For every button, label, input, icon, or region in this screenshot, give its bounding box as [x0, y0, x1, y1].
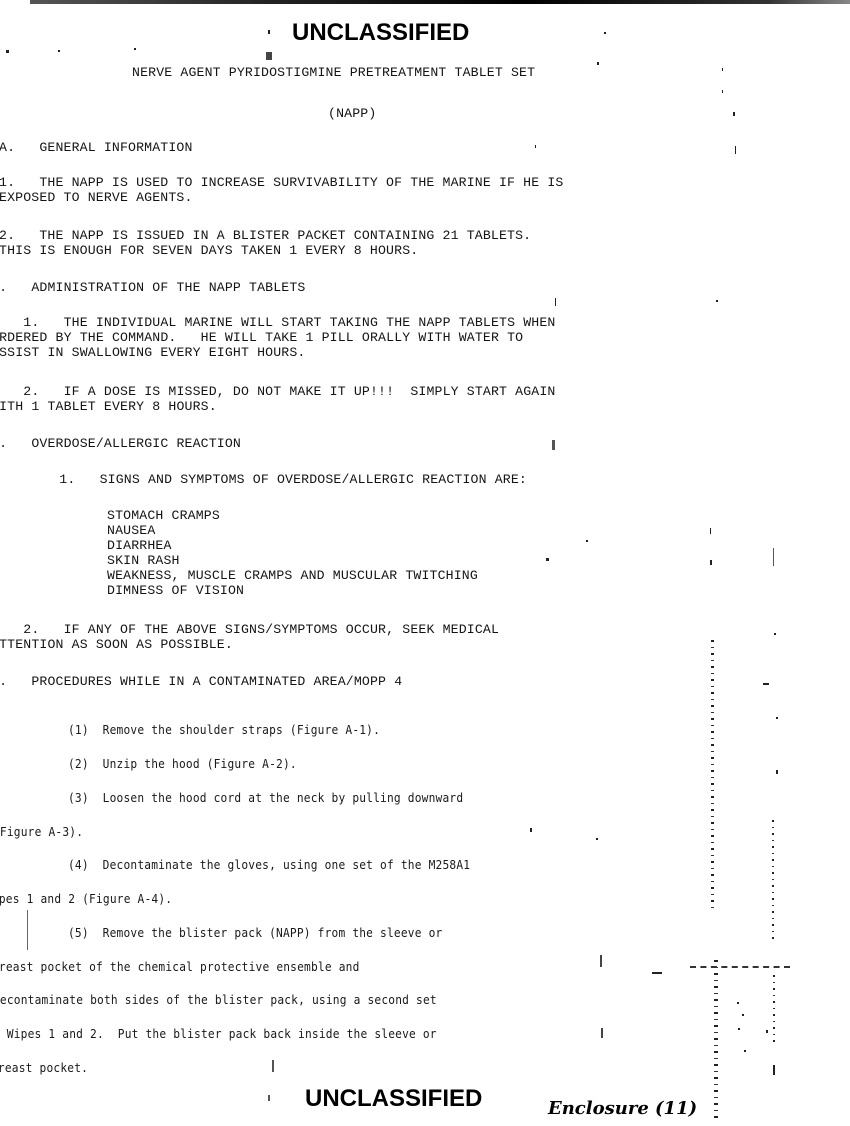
procedure-step: decontaminate both sides of the blister …: [0, 993, 437, 1007]
margin-mark: [27, 910, 28, 950]
procedure-step: breast pocket.: [0, 1061, 88, 1075]
paragraph-line: ASSIST IN SWALLOWING EVERY EIGHT HOURS.: [0, 345, 306, 360]
paragraph-line: 2. THE NAPP IS ISSUED IN A BLISTER PACKE…: [0, 228, 531, 243]
procedure-step: (2) Unzip the hood (Figure A-2).: [68, 757, 297, 771]
paragraph-line: WITH 1 TABLET EVERY 8 HOURS.: [0, 399, 217, 414]
section-heading: D. PROCEDURES WHILE IN A CONTAMINATED AR…: [0, 674, 402, 689]
section-heading: C. OVERDOSE/ALLERGIC REACTION: [0, 436, 241, 451]
procedure-step: (Figure A-3).: [0, 825, 83, 839]
paragraph-line: ATTENTION AS SOON AS POSSIBLE.: [0, 637, 233, 652]
classification-header: UNCLASSIFIED: [292, 19, 469, 47]
procedure-step: (3) Loosen the hood cord at the neck by …: [68, 791, 463, 805]
symptom-item: WEAKNESS, MUSCLE CRAMPS AND MUSCULAR TWI…: [107, 568, 478, 583]
classification-footer: UNCLASSIFIED: [305, 1085, 482, 1113]
procedure-step: (4) Decontaminate the gloves, using one …: [68, 858, 470, 872]
paragraph-line: 1. THE NAPP IS USED TO INCREASE SURVIVAB…: [0, 175, 563, 190]
procedure-step: breast pocket of the chemical protective…: [0, 960, 360, 974]
paragraph-line: EXPOSED TO NERVE AGENTS.: [0, 190, 193, 205]
paragraph-line: 2. IF ANY OF THE ABOVE SIGNS/SYMPTOMS OC…: [0, 622, 499, 637]
symptom-item: DIARRHEA: [107, 538, 172, 553]
procedure-step: Wipes 1 and 2 (Figure A-4).: [0, 892, 172, 906]
paragraph-line: 1. THE INDIVIDUAL MARINE WILL START TAKI…: [0, 315, 555, 330]
symptom-item: DIMNESS OF VISION: [107, 583, 244, 598]
section-heading: B. ADMINISTRATION OF THE NAPP TABLETS: [0, 280, 306, 295]
paragraph-line: ORDERED BY THE COMMAND. HE WILL TAKE 1 P…: [0, 330, 523, 345]
handwritten-enclosure-note: Enclosure (11): [548, 1098, 697, 1119]
paragraph-line: THIS IS ENOUGH FOR SEVEN DAYS TAKEN 1 EV…: [0, 243, 418, 258]
procedure-step: (5) Remove the blister pack (NAPP) from …: [68, 926, 442, 940]
procedure-step: (1) Remove the shoulder straps (Figure A…: [68, 723, 380, 737]
paragraph-line: 2. IF A DOSE IS MISSED, DO NOT MAKE IT U…: [0, 384, 555, 399]
procedure-step: of Wipes 1 and 2. Put the blister pack b…: [0, 1027, 437, 1041]
section-heading: A. GENERAL INFORMATION: [0, 140, 193, 155]
document-title: NERVE AGENT PYRIDOSTIGMINE PRETREATMENT …: [132, 65, 535, 80]
paragraph-line: 1. SIGNS AND SYMPTOMS OF OVERDOSE/ALLERG…: [27, 472, 527, 487]
symptom-item: NAUSEA: [107, 523, 155, 538]
document-subtitle: (NAPP): [328, 106, 376, 121]
symptom-item: SKIN RASH: [107, 553, 180, 568]
symptom-item: STOMACH CRAMPS: [107, 508, 220, 523]
scan-top-border: [30, 0, 850, 4]
